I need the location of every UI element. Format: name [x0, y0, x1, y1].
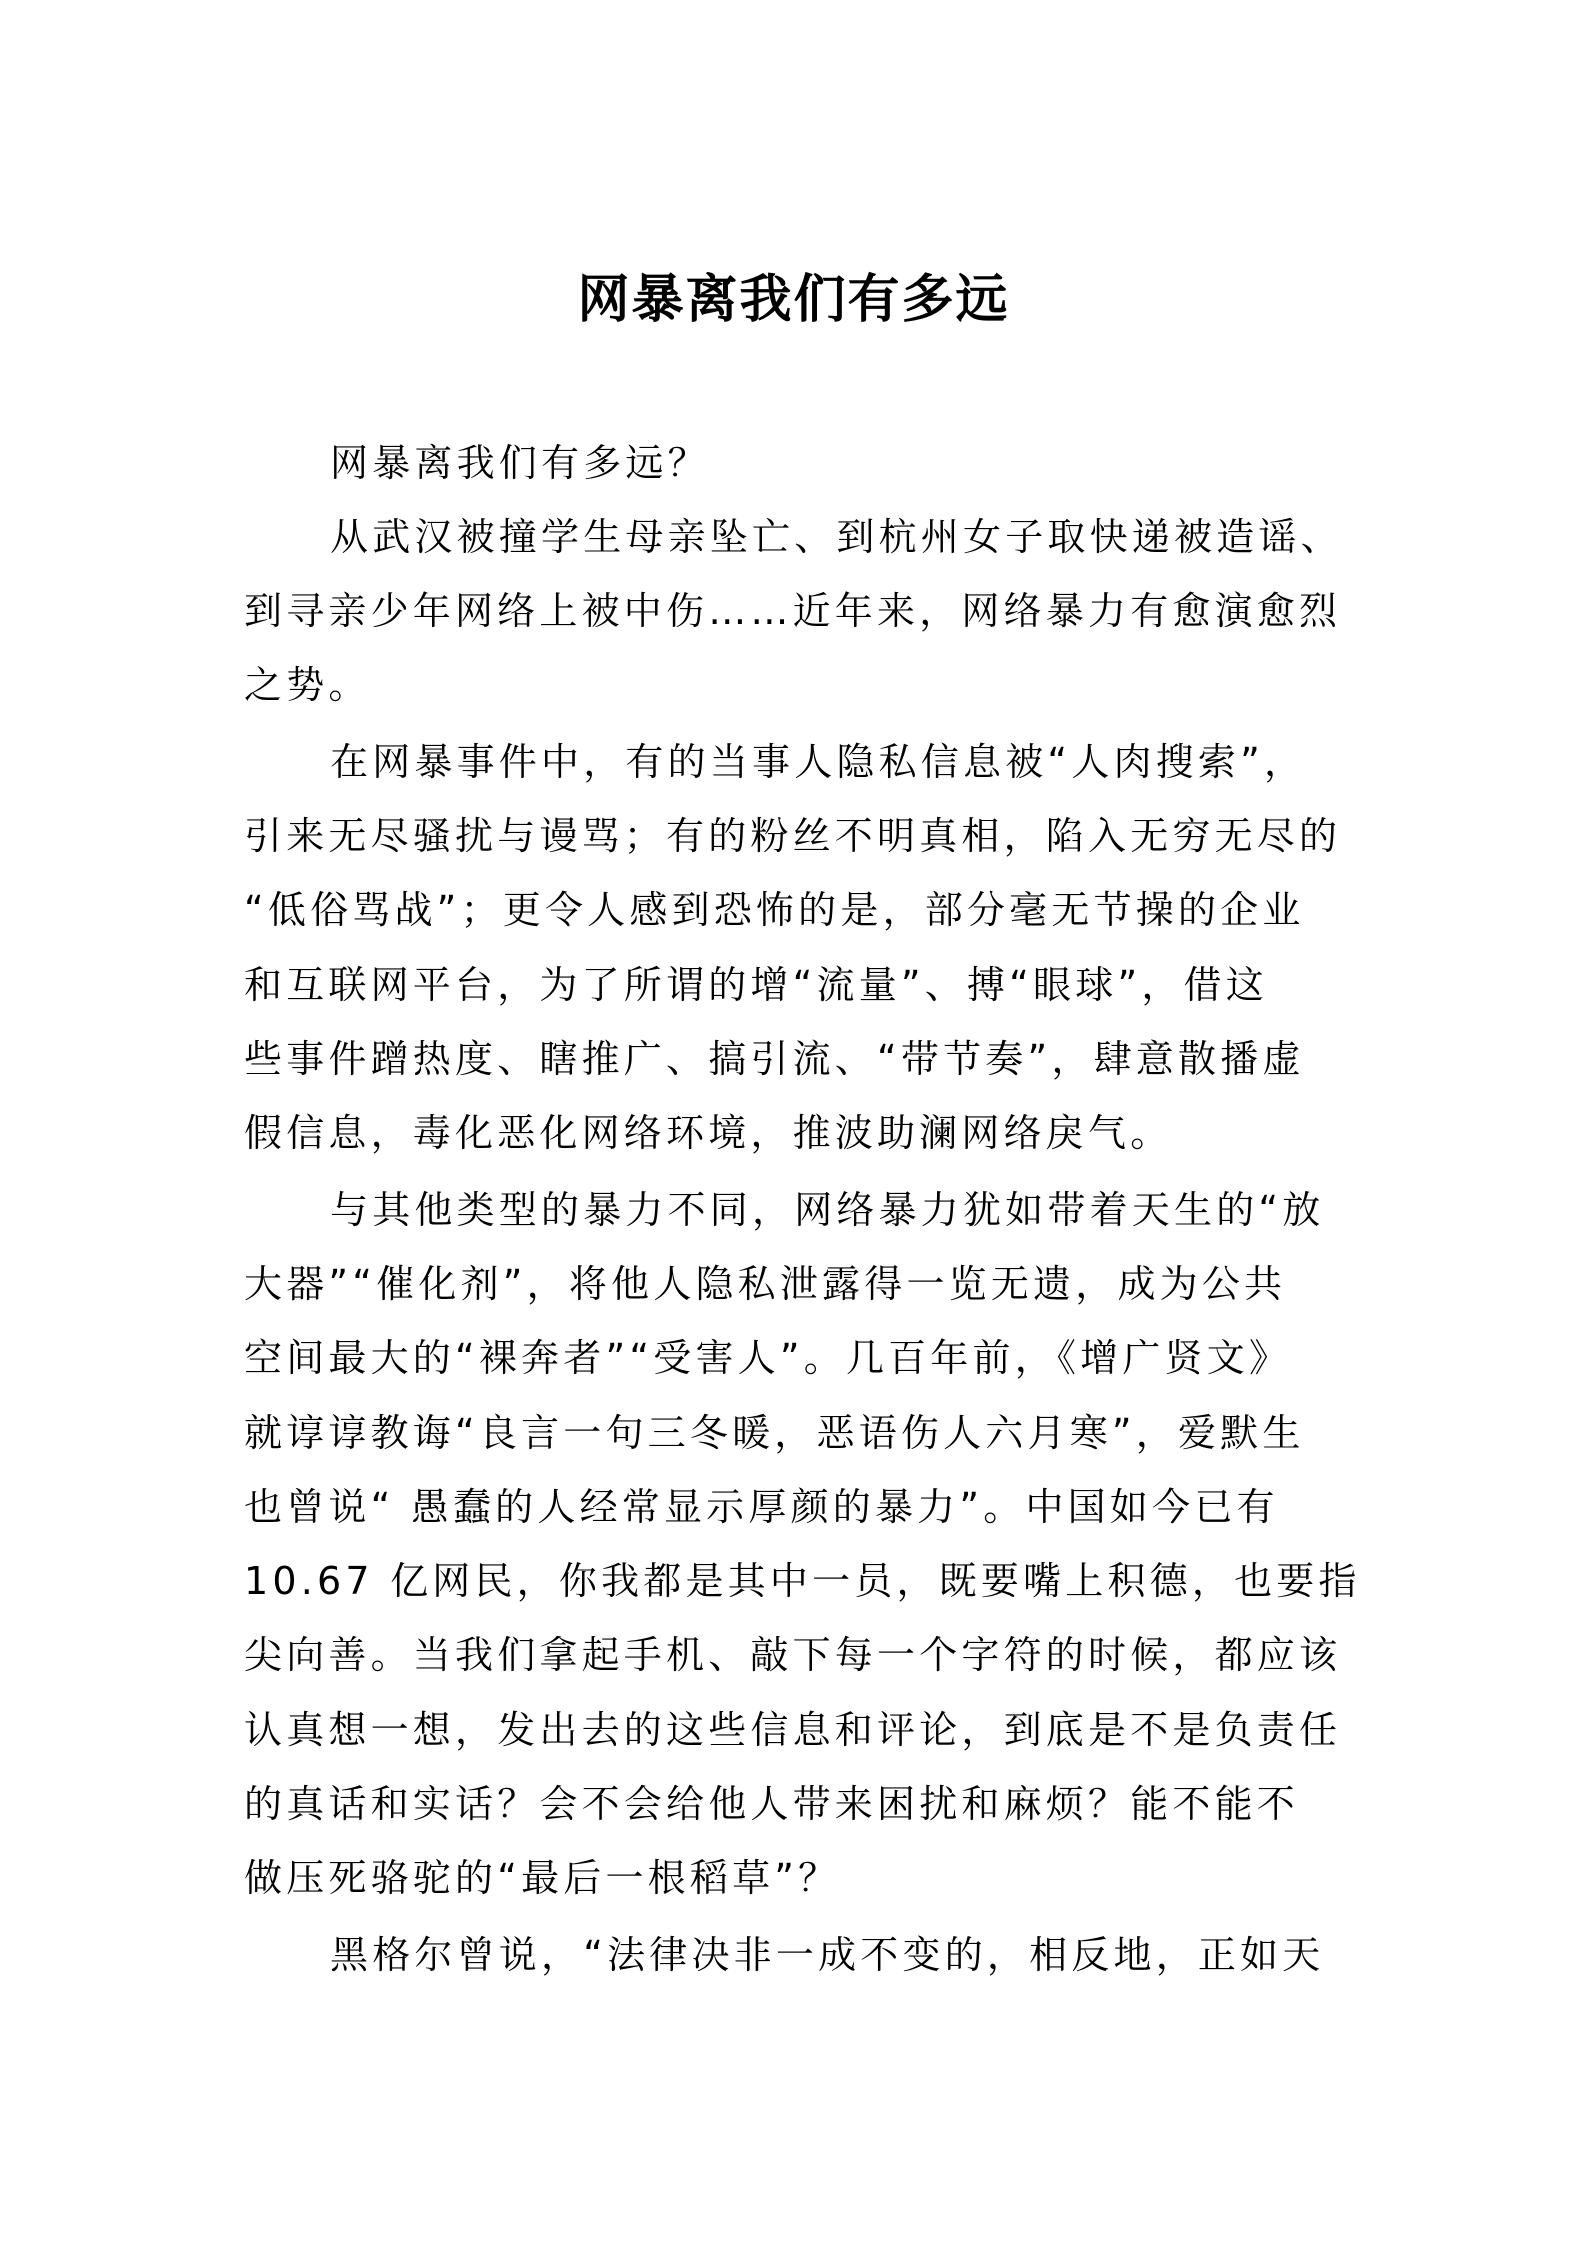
document-body: 网暴离我们有多远？ 从武汉被撞学生母亲坠亡、到杭州女子取快递被造谣、 到寻亲少年…	[0, 0, 1587, 2245]
paragraph-2-line-2: 到寻亲少年网络上被中伤……近年来，网络暴力有愈演愈烈	[244, 581, 1354, 641]
document-page: 网暴离我们有多远 网暴离我们有多远？ 从武汉被撞学生母亲坠亡、到杭州女子取快递被…	[0, 0, 1587, 2245]
paragraph-4-line-1: 与其他类型的暴力不同，网络暴力犹如带着天生的“放	[330, 1180, 1354, 1240]
paragraph-3-line-3: “低俗骂战”；更令人感到恐怖的是，部分毫无节操的企业	[244, 880, 1354, 940]
paragraph-3-line-4: 和互联网平台，为了所谓的增“流量”、搏“眼球”，借这	[244, 955, 1354, 1015]
paragraph-3-line-1: 在网暴事件中，有的当事人隐私信息被“人肉搜索”，	[330, 732, 1354, 792]
paragraph-3-line-5: 些事件蹭热度、瞎推广、搞引流、“带节奏”，肆意散播虚	[244, 1029, 1354, 1089]
paragraph-2-line-3: 之势。	[244, 655, 1354, 715]
paragraph-4-line-3: 空间最大的“裸奔者”“受害人”。几百年前，《增广贤文》	[244, 1328, 1354, 1388]
paragraph-4-line-7: 尖向善。当我们拿起手机、敲下每一个字符的时候，都应该	[244, 1625, 1354, 1685]
paragraph-1-line-1: 网暴离我们有多远？	[330, 433, 1354, 493]
paragraph-4-line-4: 就谆谆教诲“良言一句三冬暖，恶语伤人六月寒”，爱默生	[244, 1403, 1354, 1463]
paragraph-5-line-1: 黑格尔曾说，“法律决非一成不变的，相反地，正如天	[330, 1925, 1354, 1985]
paragraph-4-line-5: 也曾说“ 愚蠢的人经常显示厚颜的暴力”。中国如今已有	[244, 1477, 1354, 1537]
paragraph-4-line-9: 的真话和实话？会不会给他人带来困扰和麻烦？能不能不	[244, 1774, 1354, 1834]
paragraph-3-line-2: 引来无尽骚扰与谩骂；有的粉丝不明真相，陷入无穷无尽的	[244, 806, 1354, 866]
paragraph-4-line-10: 做压死骆驼的“最后一根稻草”？	[244, 1848, 1354, 1908]
paragraph-3-line-6: 假信息，毒化恶化网络环境，推波助澜网络戾气。	[244, 1103, 1354, 1163]
paragraph-4-line-2: 大器”“催化剂”，将他人隐私泄露得一览无遗，成为公共	[244, 1254, 1354, 1314]
paragraph-4-line-6: 10.67 亿网民，你我都是其中一员，既要嘴上积德，也要指	[244, 1551, 1354, 1611]
paragraph-2-line-1: 从武汉被撞学生母亲坠亡、到杭州女子取快递被造谣、	[330, 507, 1354, 567]
paragraph-4-line-8: 认真想一想，发出去的这些信息和评论，到底是不是负责任	[244, 1700, 1354, 1760]
